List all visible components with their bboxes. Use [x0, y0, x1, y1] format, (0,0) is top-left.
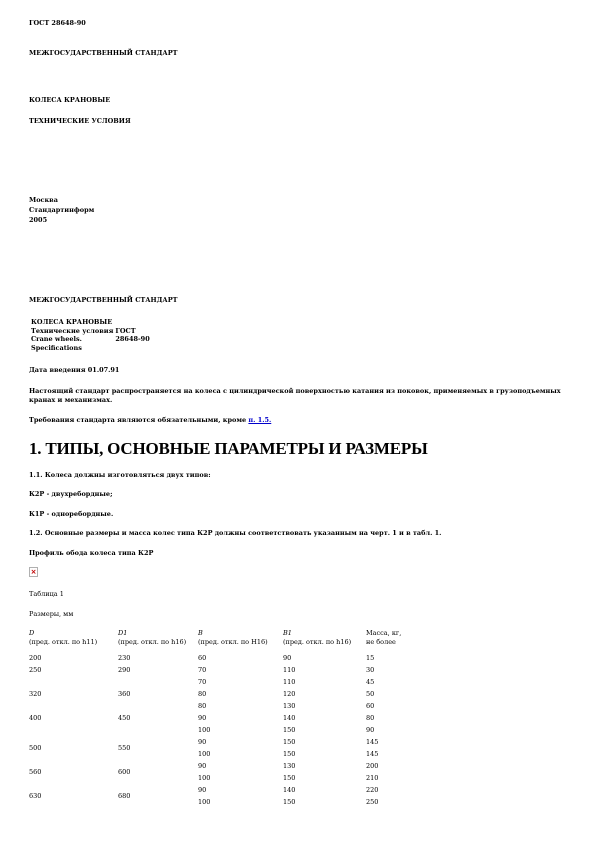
title-block-title-ru: КОЛЕСА КРАНОВЫЕ — [31, 318, 152, 327]
cell-b: 100 — [198, 798, 210, 806]
cell-b: 80 — [198, 702, 206, 710]
cover-city: Москва — [29, 196, 58, 205]
header-b1: B1 (пред. откл. по h16) — [283, 629, 351, 647]
standard-type: МЕЖГОСУДАРСТВЕННЫЙ СТАНДАРТ — [29, 49, 177, 58]
title-block: КОЛЕСА КРАНОВЫЕ Технические условия ГОСТ… — [31, 318, 152, 352]
cell-d: 200 — [29, 654, 41, 662]
cell-b: 100 — [198, 774, 210, 782]
title-block-subtitle-en: Specifications — [31, 344, 152, 353]
cell-d: 500 — [29, 744, 41, 752]
cell-b: 100 — [198, 726, 210, 734]
cell-d1: 550 — [118, 744, 130, 752]
cell-b: 70 — [198, 678, 206, 686]
cover-title: КОЛЕСА КРАНОВЫЕ — [29, 96, 110, 105]
type-k2r: К2Р - двухребордные; — [29, 490, 569, 499]
cell-mass: 210 — [366, 774, 378, 782]
cover-year: 2005 — [29, 216, 47, 225]
cell-mass: 90 — [366, 726, 374, 734]
cell-b1: 150 — [283, 738, 295, 746]
cell-mass: 250 — [366, 798, 378, 806]
header-b: B (пред. откл. по H16) — [198, 629, 268, 647]
title-block-gost-label: ГОСТ — [115, 327, 151, 336]
cell-b: 90 — [198, 738, 206, 746]
cell-d1: 360 — [118, 690, 130, 698]
cell-mass: 45 — [366, 678, 374, 686]
header-d-sub: (пред. откл. по h11) — [29, 638, 97, 646]
cell-d1: 600 — [118, 768, 130, 776]
cell-d: 560 — [29, 768, 41, 776]
header-mass: Масса, кг, не более — [366, 629, 401, 647]
requirements-text: Требования стандарта являются обязательн… — [29, 416, 246, 424]
cell-b: 60 — [198, 654, 206, 662]
header-d1-sub: (пред. откл. по h16) — [118, 638, 186, 646]
cell-b1: 140 — [283, 714, 295, 722]
cell-b: 90 — [198, 762, 206, 770]
cell-d1: 680 — [118, 792, 130, 800]
broken-image-icon: × — [29, 567, 38, 577]
cell-b1: 120 — [283, 690, 295, 698]
cell-d: 320 — [29, 690, 41, 698]
para-1-2: 1.2. Основные размеры и масса колес типа… — [29, 529, 569, 538]
cell-b: 80 — [198, 690, 206, 698]
header-d1: D1 (пред. откл. по h16) — [118, 629, 186, 647]
cell-b1: 150 — [283, 726, 295, 734]
title-block-standard-type: МЕЖГОСУДАРСТВЕННЫЙ СТАНДАРТ — [29, 296, 177, 305]
scope-paragraph: Настоящий стандарт распространяется на к… — [29, 387, 569, 404]
header-b1-sub: (пред. откл. по h16) — [283, 638, 351, 646]
header-d-name: D — [29, 629, 34, 637]
header-mass-name: Масса, кг, — [366, 629, 401, 637]
cell-mass: 80 — [366, 714, 374, 722]
cell-b1: 90 — [283, 654, 291, 662]
header-mass-sub: не более — [366, 638, 396, 646]
cell-mass: 15 — [366, 654, 374, 662]
cell-b1: 140 — [283, 786, 295, 794]
section-heading: 1. ТИПЫ, ОСНОВНЫЕ ПАРАМЕТРЫ И РАЗМЕРЫ — [29, 439, 428, 459]
cell-b: 100 — [198, 750, 210, 758]
cell-b1: 130 — [283, 702, 295, 710]
cell-b1: 150 — [283, 798, 295, 806]
clause-1-5-link[interactable]: п. 1.5. — [248, 416, 271, 424]
cell-b1: 110 — [283, 666, 295, 674]
cell-b1: 150 — [283, 774, 295, 782]
header-d1-name: D1 — [118, 629, 127, 637]
cell-b: 70 — [198, 666, 206, 674]
date-label: Дата введения — [29, 366, 86, 374]
date-value: 01.07.91 — [88, 366, 120, 374]
title-block-title-en: Crane wheels. — [31, 335, 115, 344]
cell-mass: 145 — [366, 738, 378, 746]
cell-mass: 30 — [366, 666, 374, 674]
cell-d1: 290 — [118, 666, 130, 674]
cell-b1: 150 — [283, 750, 295, 758]
table-title: Таблица 1 — [29, 590, 569, 599]
requirements-paragraph: Требования стандарта являются обязательн… — [29, 416, 569, 425]
intro-date: Дата введения 01.07.91 — [29, 366, 569, 375]
cell-mass: 200 — [366, 762, 378, 770]
para-1-1: 1.1. Колеса должны изготовляться двух ти… — [29, 471, 569, 480]
title-block-subtitle-ru: Технические условия — [31, 327, 115, 336]
cell-b1: 110 — [283, 678, 295, 686]
cell-d: 630 — [29, 792, 41, 800]
figure-caption: Профиль обода колеса типа К2Р — [29, 549, 569, 558]
header-d: D (пред. откл. по h11) — [29, 629, 97, 647]
cover-publisher: Стандартинформ — [29, 206, 94, 215]
cell-mass: 60 — [366, 702, 374, 710]
header-b-name: B — [198, 629, 203, 637]
cell-b1: 130 — [283, 762, 295, 770]
type-k1r: К1Р - одноребордные. — [29, 510, 569, 519]
header-b-sub: (пред. откл. по H16) — [198, 638, 268, 646]
cell-d1: 450 — [118, 714, 130, 722]
cell-b: 90 — [198, 786, 206, 794]
doc-number: ГОСТ 28648-90 — [29, 19, 86, 28]
cell-mass: 50 — [366, 690, 374, 698]
cell-b: 90 — [198, 714, 206, 722]
cell-d: 400 — [29, 714, 41, 722]
table-units: Размеры, мм — [29, 610, 569, 619]
cell-mass: 220 — [366, 786, 378, 794]
header-b1-name: B1 — [283, 629, 292, 637]
cover-subtitle: ТЕХНИЧЕСКИЕ УСЛОВИЯ — [29, 117, 131, 126]
cell-d1: 230 — [118, 654, 130, 662]
title-block-gost-number: 28648-90 — [115, 335, 151, 344]
cell-d: 250 — [29, 666, 41, 674]
cell-mass: 145 — [366, 750, 378, 758]
